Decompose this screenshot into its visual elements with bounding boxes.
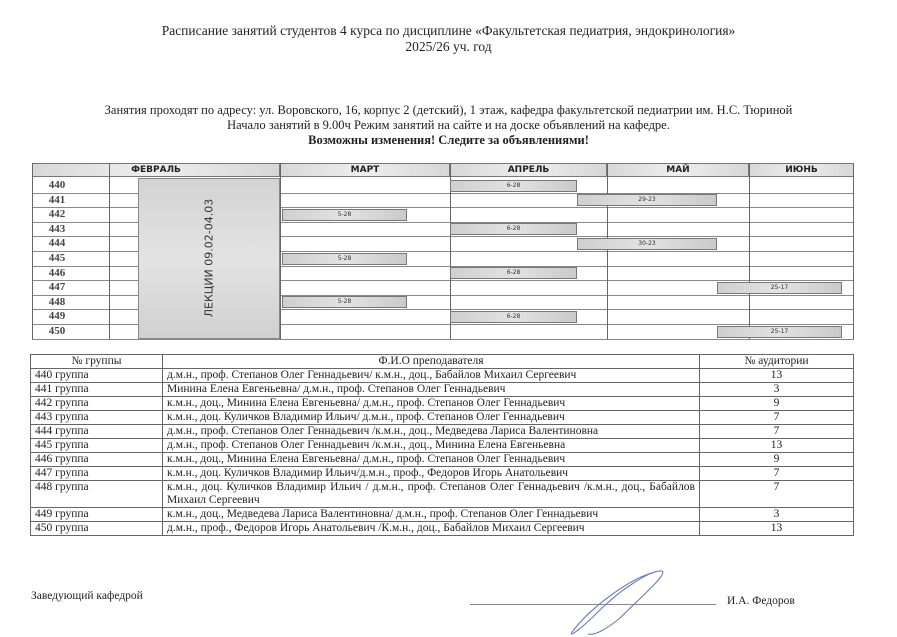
teachers-cell: д.м.н., проф. Степанов Олег Геннадьевич … xyxy=(163,425,700,439)
column-divider xyxy=(280,163,281,339)
column-divider xyxy=(109,163,110,339)
month-header-3: МАЙ xyxy=(607,163,749,177)
address-text: Занятия проходят по адресу: ул. Воровско… xyxy=(0,103,897,118)
group-label: 442 xyxy=(32,208,82,220)
table-row: 441 группаМинина Елена Евгеньевна/ д.м.н… xyxy=(31,383,854,397)
table-row: 445 группад.м.н., проф. Степанов Олег Ге… xyxy=(31,439,854,453)
group-label: 445 xyxy=(32,252,82,264)
column-divider xyxy=(32,163,33,339)
group-label: 450 xyxy=(32,325,82,337)
table-row: 448 группак.м.н., доц. Куличков Владимир… xyxy=(31,481,854,508)
teachers-cell: к.м.н., доц., Минина Елена Евгеньевна/ д… xyxy=(163,397,700,411)
room-cell: 9 xyxy=(700,397,854,411)
teachers-cell: к.м.н., доц. Куличков Владимир Ильич/д.м… xyxy=(163,467,700,481)
group-cell: 447 группа xyxy=(31,467,163,481)
table-row: 442 группак.м.н., доц., Минина Елена Евг… xyxy=(31,397,854,411)
schedule-bar: 6-28 xyxy=(450,180,577,192)
schedule-bar: 25-17 xyxy=(717,282,842,294)
room-cell: 7 xyxy=(700,411,854,425)
month-header-0: ФЕВРАЛЬ xyxy=(32,163,280,177)
column-divider xyxy=(607,163,608,339)
teachers-cell: к.м.н., доц. Куличков Владимир Ильич / д… xyxy=(163,481,700,508)
teachers-cell: к.м.н., доц. Куличков Владимир Ильич/ д.… xyxy=(163,411,700,425)
schedule-bar: 6-28 xyxy=(450,223,577,235)
group-label: 443 xyxy=(32,223,82,235)
room-cell: 9 xyxy=(700,453,854,467)
column-header-room: № аудитории xyxy=(700,355,854,369)
group-cell: 440 группа xyxy=(31,369,163,383)
room-cell: 3 xyxy=(700,508,854,522)
teachers-cell: Минина Елена Евгеньевна/ д.м.н., проф. С… xyxy=(163,383,700,397)
group-cell: 446 группа xyxy=(31,453,163,467)
group-cell: 442 группа xyxy=(31,397,163,411)
room-cell: 13 xyxy=(700,439,854,453)
teachers-table: № группы Ф.И.О преподавателя № аудитории… xyxy=(30,354,854,536)
group-label: 449 xyxy=(32,310,82,322)
group-cell: 449 группа xyxy=(31,508,163,522)
month-header-1: МАРТ xyxy=(280,163,450,177)
schedule-bar: 30-23 xyxy=(577,238,717,250)
room-cell: 7 xyxy=(700,467,854,481)
table-row: 443 группак.м.н., доц. Куличков Владимир… xyxy=(31,411,854,425)
schedule-bar: 6-28 xyxy=(450,311,577,323)
group-cell: 448 группа xyxy=(31,481,163,508)
table-row: 447 группак.м.н., доц. Куличков Владимир… xyxy=(31,467,854,481)
head-of-department-name: И.А. Федоров xyxy=(727,595,795,607)
schedule-bar: 5-28 xyxy=(282,209,407,221)
table-row: 444 группад.м.н., проф. Степанов Олег Ге… xyxy=(31,425,854,439)
teachers-cell: к.м.н., доц., Медведева Лариса Валентино… xyxy=(163,508,700,522)
row-divider xyxy=(32,339,854,340)
schedule-bar: 29-23 xyxy=(577,194,717,206)
teachers-cell: к.м.н., доц., Минина Елена Евгеньевна/ д… xyxy=(163,453,700,467)
month-header-2: АПРЕЛЬ xyxy=(450,163,607,177)
table-header-row: № группы Ф.И.О преподавателя № аудитории xyxy=(31,355,854,369)
group-label: 447 xyxy=(32,281,82,293)
column-header-teachers: Ф.И.О преподавателя xyxy=(163,355,700,369)
schedule-bar: 6-28 xyxy=(450,267,577,279)
group-label: 446 xyxy=(32,267,82,279)
month-header-4: ИЮНЬ xyxy=(749,163,854,177)
lectures-label: ЛЕКЦИИ 09.02-04.03 xyxy=(203,199,216,317)
column-divider xyxy=(749,163,750,339)
table-row: 449 группак.м.н., доц., Медведева Лариса… xyxy=(31,508,854,522)
start-info-text: Начало занятий в 9.00ч Режим занятий на … xyxy=(0,118,897,133)
warning-text: Возможны изменения! Следите за объявлени… xyxy=(0,133,897,148)
group-label: 444 xyxy=(32,237,82,249)
column-header-group: № группы xyxy=(31,355,163,369)
academic-year: 2025/26 уч. год xyxy=(0,39,897,55)
table-row: 450 группад.м.н., проф., Федоров Игорь А… xyxy=(31,522,854,536)
group-cell: 444 группа xyxy=(31,425,163,439)
room-cell: 7 xyxy=(700,481,854,508)
schedule-bar: 25-17 xyxy=(717,326,842,338)
teachers-cell: д.м.н., проф. Степанов Олег Геннадьевич … xyxy=(163,439,700,453)
head-of-department-label: Заведующий кафедрой xyxy=(31,590,143,602)
group-label: 440 xyxy=(32,179,82,191)
room-cell: 13 xyxy=(700,369,854,383)
lectures-block: ЛЕКЦИИ 09.02-04.03 xyxy=(138,178,280,339)
document-title: Расписание занятий студентов 4 курса по … xyxy=(0,23,897,39)
teachers-cell: д.м.н., проф. Степанов Олег Геннадьевич/… xyxy=(163,369,700,383)
room-cell: 7 xyxy=(700,425,854,439)
room-cell: 3 xyxy=(700,383,854,397)
group-cell: 445 группа xyxy=(31,439,163,453)
column-divider xyxy=(853,163,854,339)
group-cell: 450 группа xyxy=(31,522,163,536)
group-label: 448 xyxy=(32,296,82,308)
room-cell: 13 xyxy=(700,522,854,536)
table-row: 440 группад.м.н., проф. Степанов Олег Ге… xyxy=(31,369,854,383)
group-cell: 441 группа xyxy=(31,383,163,397)
group-label: 441 xyxy=(32,194,82,206)
signature-icon xyxy=(560,568,670,637)
schedule-bar: 5-28 xyxy=(282,253,407,265)
group-cell: 443 группа xyxy=(31,411,163,425)
schedule-calendar: ФЕВРАЛЬМАРТАПРЕЛЬМАЙИЮНЬ4404414424434444… xyxy=(32,163,854,338)
table-row: 446 группак.м.н., доц., Минина Елена Евг… xyxy=(31,453,854,467)
schedule-bar: 5-28 xyxy=(282,296,407,308)
teachers-cell: д.м.н., проф., Федоров Игорь Анатольевич… xyxy=(163,522,700,536)
